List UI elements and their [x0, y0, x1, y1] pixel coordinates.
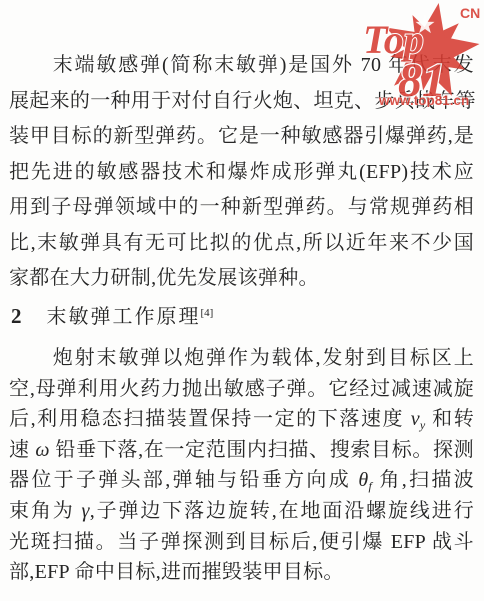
text-line: 空,母弹利用火药力抛出敏感子弹。它经过减速减旋: [9, 374, 474, 405]
paragraph-intro: 末端敏感弹(简称末敏弹)是国外 70 年代末发展起来的一种用于对付自行火炮、坦克…: [9, 48, 474, 297]
section-heading: 2末敏弹工作原理[4]: [11, 297, 476, 329]
text-line: 速 ω 铅垂下落,在一定范围内扫描、搜索目标。探测: [9, 435, 474, 466]
text-line: 炮射末敏弹以炮弹作为载体,发射到目标区上: [9, 343, 474, 374]
text-line: 用到子母弹领域中的一种新型弹药。与常规弹药相: [9, 190, 474, 226]
brand-country-text: CN: [460, 5, 480, 21]
text-line: 器位于子弹头部,弹轴与铅垂方向成 θf 角,扫描波: [9, 465, 474, 496]
text-line: 束角为 γ,子弹边下落边旋转,在地面沿螺旋线进行: [9, 496, 474, 527]
text-line: 光斑扫描。当子弹探测到目标后,便引爆 EFP 战斗: [9, 527, 474, 558]
text-line: 家都在大力研制,优先发展该弹种。: [9, 261, 474, 297]
star-cutout-icon: [416, 15, 435, 33]
reference-marker: [4]: [201, 307, 214, 319]
text-line: 部,EFP 命中目标,进而摧毁装甲目标。: [9, 557, 474, 588]
section-number: 2: [11, 304, 22, 328]
text-line: 把先进的敏感器技术和爆炸成形弹丸(EFP)技术应: [9, 155, 474, 191]
section-title: 末敏弹工作原理: [47, 306, 201, 328]
document-page: 末端敏感弹(简称末敏弹)是国外 70 年代末发展起来的一种用于对付自行火炮、坦克…: [0, 0, 484, 601]
text-line: 比,末敏弹具有无可比拟的优点,所以近年来不少国: [9, 226, 474, 262]
paragraph-working-principle: 炮射末敏弹以炮弹作为载体,发射到目标区上空,母弹利用火药力抛出敏感子弹。它经过减…: [9, 343, 474, 588]
text-line: 装甲目标的新型弹药。它是一种敏感器引爆弹药,是: [9, 119, 474, 155]
text-line: 展起来的一种用于对付自行火炮、坦克、步兵战车等: [9, 84, 474, 120]
text-line: 末端敏感弹(简称末敏弹)是国外 70 年代末发: [9, 48, 474, 84]
text-line: 后,利用稳态扫描装置保持一定的下落速度 vy 和转: [9, 404, 474, 435]
